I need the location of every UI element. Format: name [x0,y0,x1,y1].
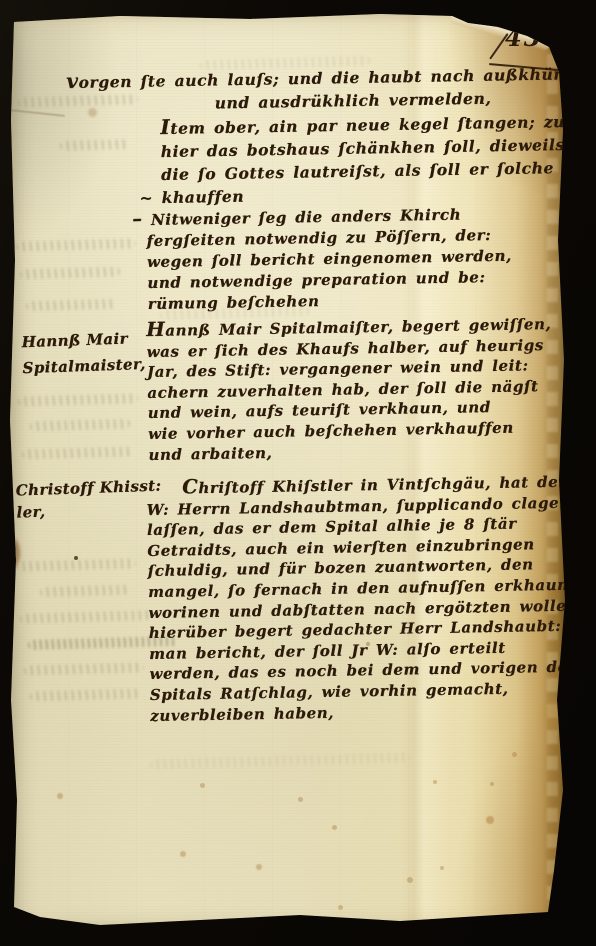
bleedthrough-text [16,238,136,251]
bleedthrough-text [20,267,120,280]
margin-note-spitalmaister: Hannß Mair Spitalmaister, [21,325,146,381]
bleedthrough-text [40,585,130,597]
bleedthrough-text [30,689,140,702]
stain [433,780,437,784]
paragraph-christoff-khisstler-entry: Chriſtoff Khiſstler in Vintſchgäu, hat d… [146,470,596,726]
paragraph-item-kegelstangen: Item ober, ain par neue kegel ſtangen; z… [160,109,566,209]
photo-background: 43 Hannß Mair Spitalmaister, Christoff K… [0,0,596,946]
bleedthrough-text [16,558,136,571]
stain [256,864,262,870]
stain [74,556,78,560]
stain [486,816,494,824]
bleedthrough-text [26,299,116,311]
bleedthrough-text [20,610,150,623]
page-number-text: 43 [505,25,542,51]
stain [512,752,517,757]
paragraph-nitweniger: – Nitweniger ſeg die anders Khirchfergſe… [146,202,513,315]
stain [407,877,413,883]
stain [338,905,343,910]
stain [490,782,494,786]
margin-note-line: Spitalmaister, [22,351,146,381]
bleedthrough-text [60,139,130,151]
paragraph-hannss-mair-entry: Hannß Mair Spitalmaiſter, begert gewiſſe… [146,313,554,465]
paper-crease [10,109,65,117]
bleedthrough-text [150,753,410,770]
bleedthrough-text [22,447,132,460]
bleedthrough-text [24,662,144,675]
stain [440,866,444,870]
paragraph-intro: vorgen ſte auch lauſs; und die haubt nac… [66,61,591,117]
stain [332,825,337,830]
bleedthrough-text [18,393,138,406]
margin-note-khisstler: Christoff Khisst: ler, [15,474,162,523]
margin-note-line: ler, [16,496,162,523]
stain [4,538,20,568]
stain [57,793,63,799]
stain [200,783,205,788]
manuscript-page: 43 Hannß Mair Spitalmaister, Christoff K… [0,0,596,946]
stain [180,851,186,857]
bleedthrough-text [30,419,130,432]
stain [298,797,303,802]
